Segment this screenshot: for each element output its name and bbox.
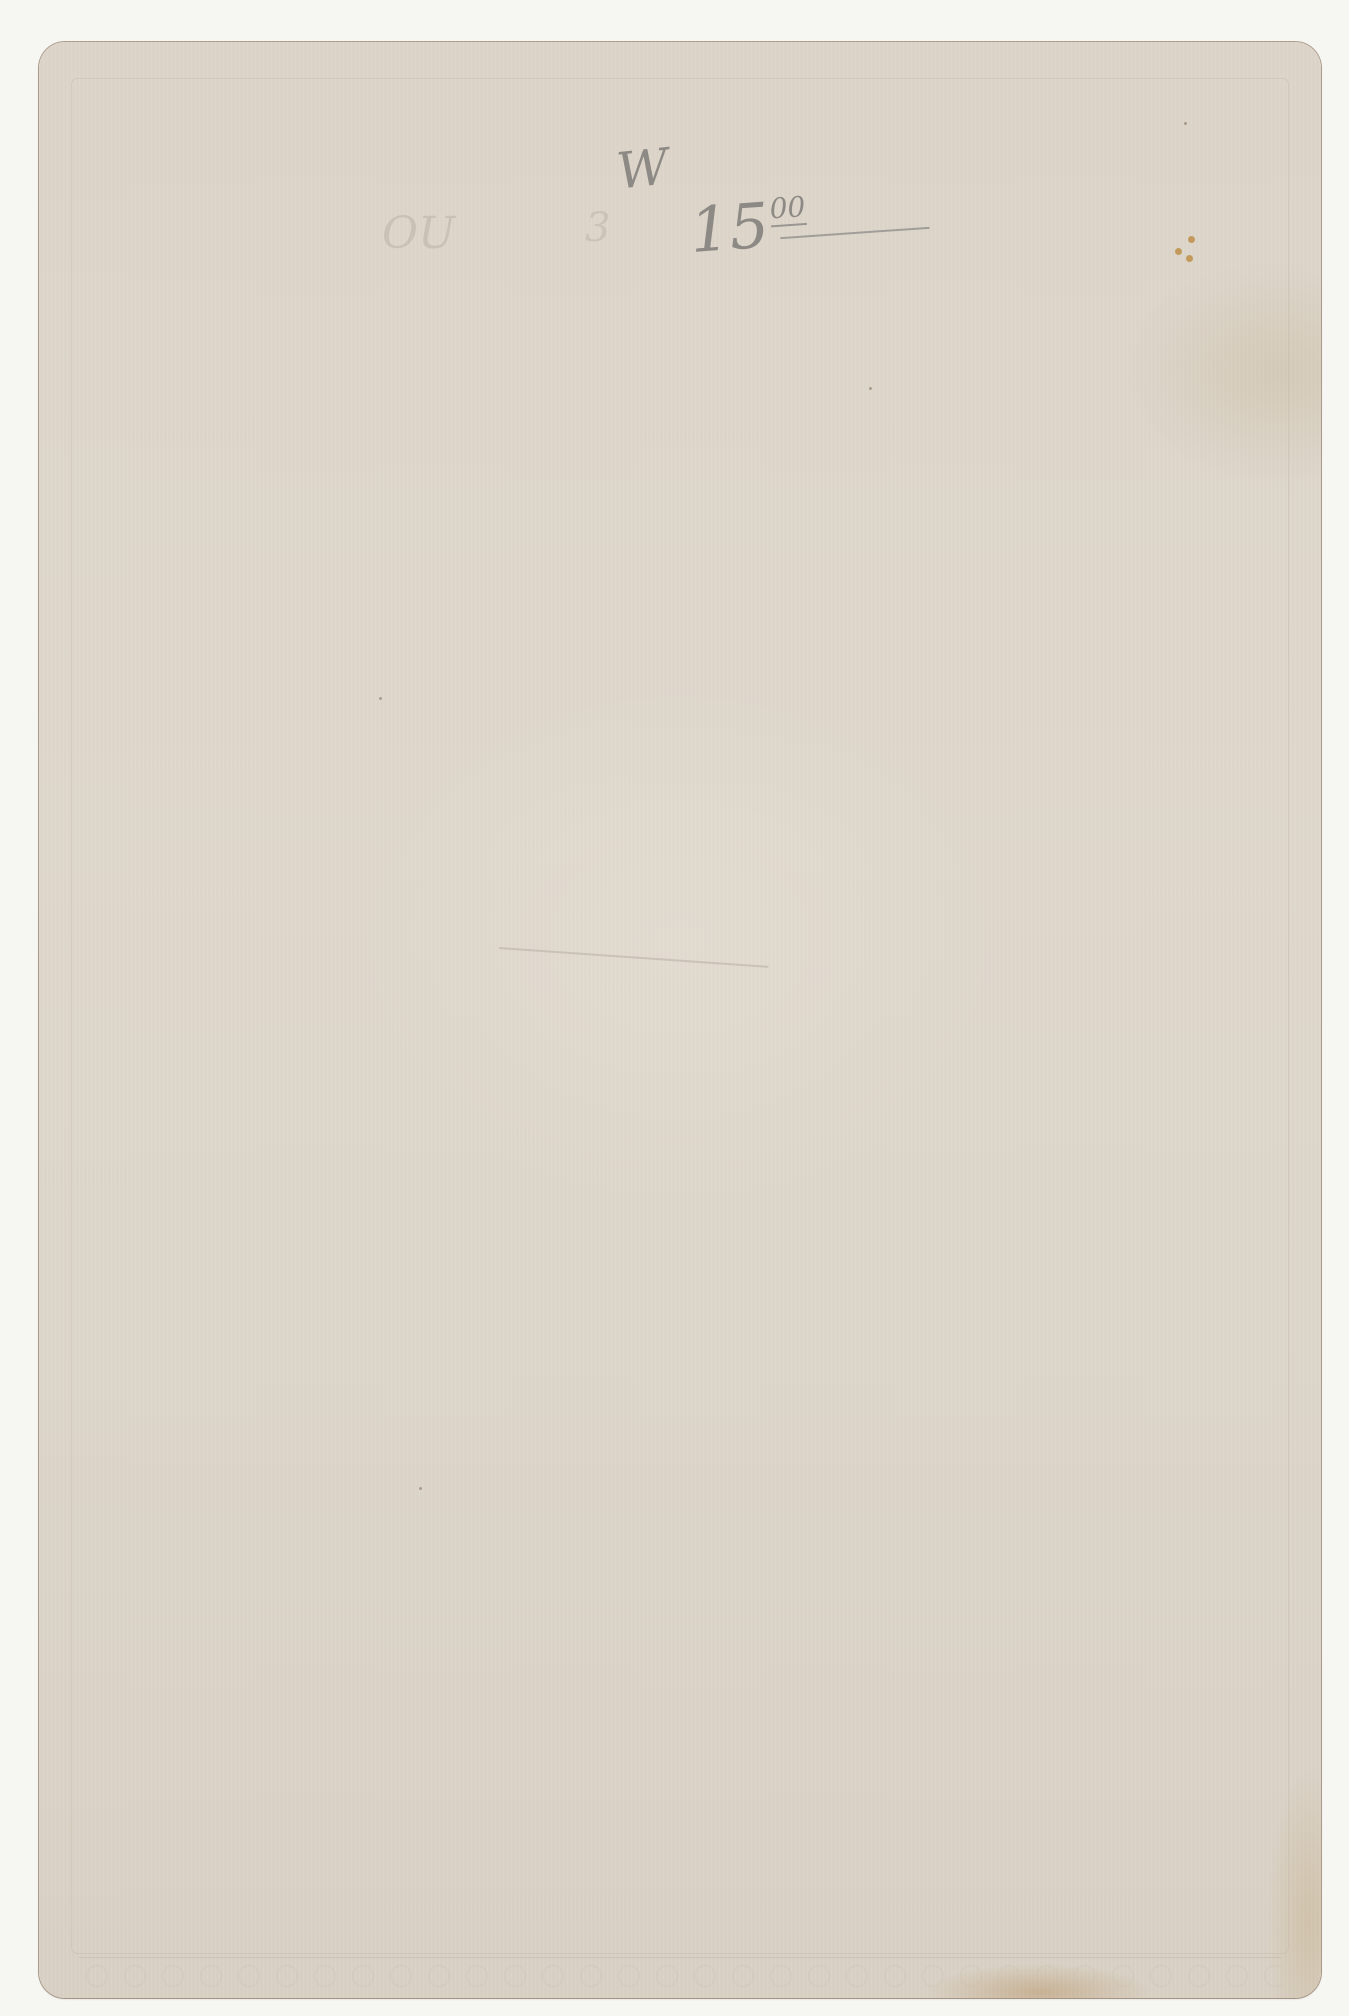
foxing-spot xyxy=(1175,248,1182,255)
price-cents: 00 xyxy=(769,190,807,227)
embossed-scroll-border xyxy=(79,1957,1281,1994)
scan-background: OU 3 W 1500 xyxy=(0,0,1349,2016)
speck xyxy=(869,387,872,390)
cabinet-card-back xyxy=(39,42,1321,1998)
embossed-inner-border xyxy=(71,78,1289,1954)
speck xyxy=(1184,122,1187,125)
foxing-spot xyxy=(1186,255,1193,262)
erased-pencil-mark: OU xyxy=(382,208,455,259)
foxing-spot xyxy=(1188,236,1195,243)
pencil-price: 1500 xyxy=(688,186,809,267)
price-dollars: 15 xyxy=(688,189,772,267)
erased-pencil-mark-2: 3 xyxy=(585,205,610,251)
pencil-scratch-line xyxy=(499,947,768,968)
speck xyxy=(419,1487,422,1490)
pencil-initial: W xyxy=(614,137,671,200)
speck xyxy=(379,697,382,700)
